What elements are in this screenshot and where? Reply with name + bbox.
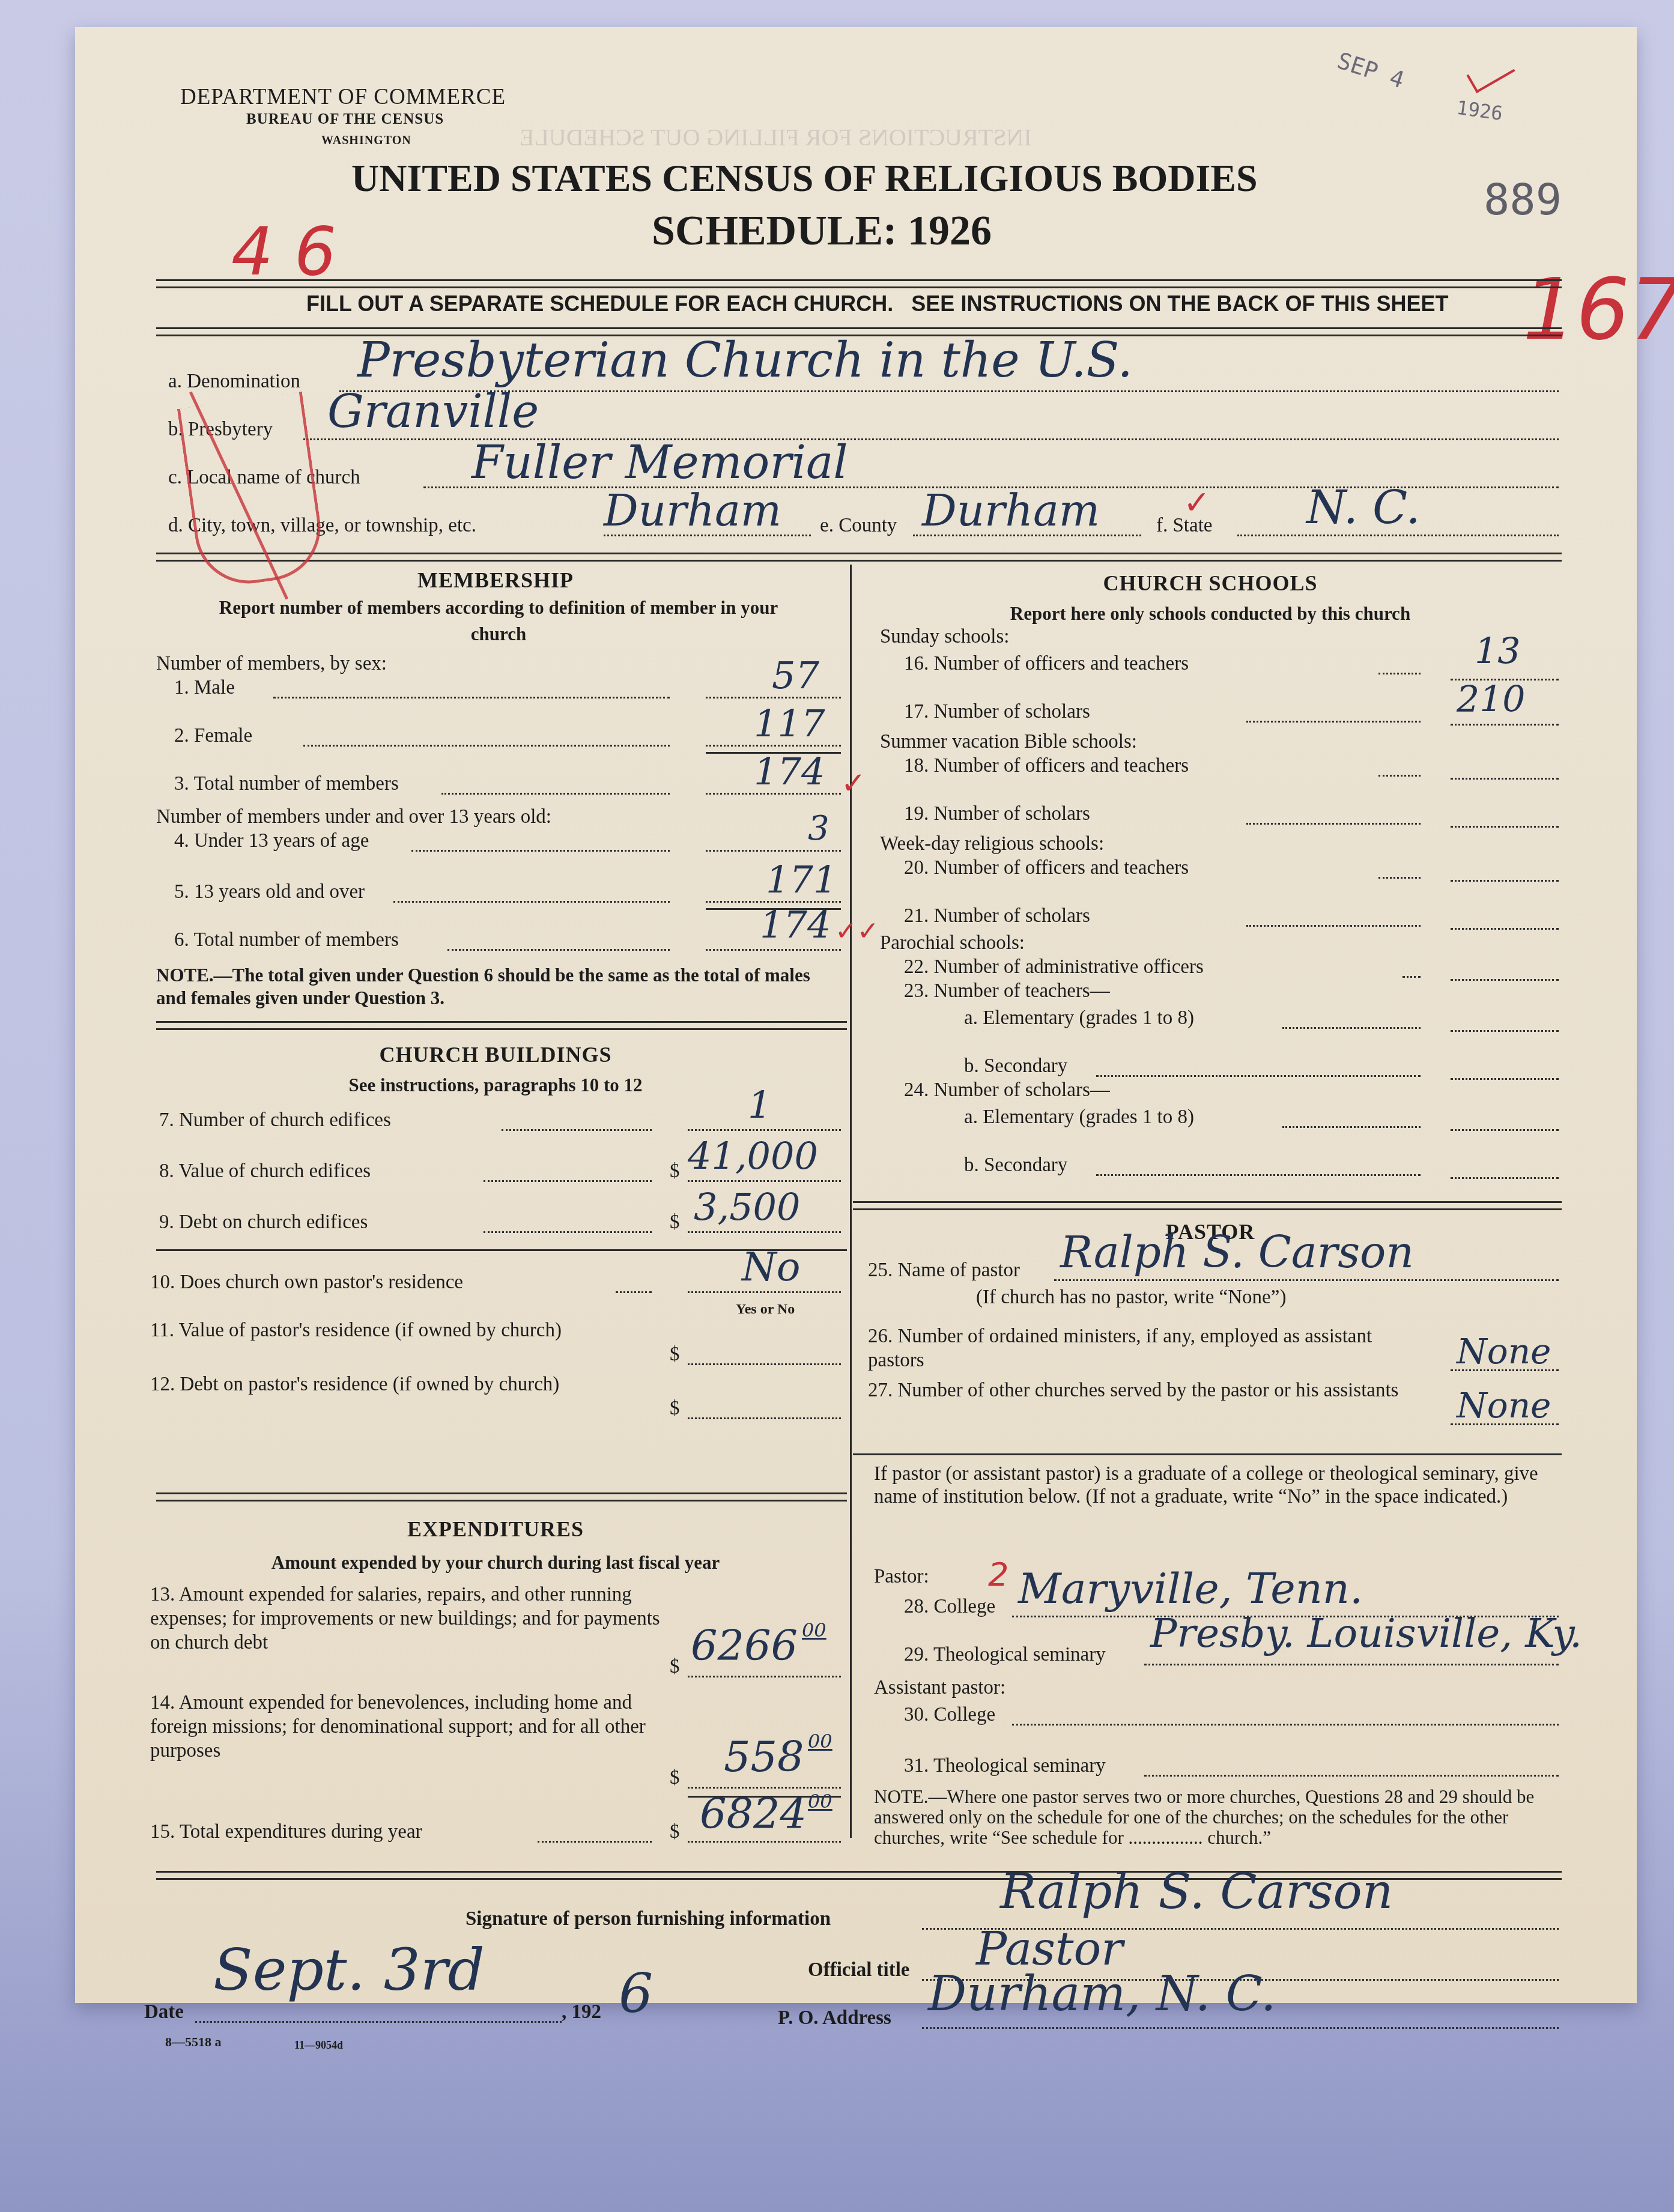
residence-debt-field[interactable] [688, 1417, 841, 1419]
column-divider [850, 565, 852, 1838]
leader-dots [273, 697, 670, 698]
residence-value-field[interactable] [688, 1363, 841, 1365]
scholars-elementary-field[interactable] [1451, 1129, 1559, 1131]
other-churches-field[interactable]: None [1457, 1384, 1551, 1426]
admin-officers-field[interactable] [1451, 979, 1559, 981]
reverse-side-ghost-text: INSTRUCTIONS FOR FILLING OUT SCHEDULE [520, 123, 1032, 151]
teachers-secondary-label: b. Secondary [964, 1054, 1067, 1078]
summer-scholars-field[interactable] [1451, 826, 1559, 828]
total-members-6-label: 6. Total number of members [174, 928, 399, 952]
red-double-check-icon: ✓✓ [835, 916, 879, 947]
leader-dots [616, 1291, 652, 1293]
owns-residence-field[interactable]: No [742, 1246, 801, 1288]
church-schools-subtitle: Report here only schools conducted by th… [856, 601, 1565, 627]
local-name-field[interactable]: Fuller Memorial [472, 441, 848, 483]
red-annotation-right: 167 [1523, 261, 1674, 359]
answer-line [688, 1129, 841, 1131]
pastor-subheading: Pastor: [874, 1565, 929, 1589]
bureau-name: BUREAU OF THE CENSUS [246, 111, 444, 128]
male-count-field[interactable]: 57 [772, 655, 819, 697]
red-check-icon: ✓ [1183, 483, 1210, 521]
answer-line [688, 1787, 841, 1789]
dollar-sign: $ [670, 1159, 680, 1183]
signature-label: Signature of person furnishing informati… [466, 1907, 831, 1931]
denomination-label: a. Denomination [168, 369, 300, 393]
dollar-sign: $ [670, 1210, 680, 1234]
graduate-instructions: If pastor (or assistant pastor) is a gra… [874, 1462, 1559, 1508]
residence-debt-label: 12. Debt on pastor's residence (if owned… [150, 1372, 661, 1396]
leader-dots [393, 901, 670, 903]
over-13-label: 5. 13 years old and over [174, 880, 365, 904]
total-members-6-field[interactable]: 174 [760, 904, 831, 946]
yes-or-no-hint: Yes or No [736, 1297, 795, 1321]
answer-line [688, 1676, 841, 1677]
assistant-pastor-subheading: Assistant pastor: [874, 1676, 1005, 1700]
pastor-name-field[interactable]: Ralph S. Carson [1060, 1231, 1414, 1273]
summer-officers-label: 18. Number of officers and teachers [904, 754, 1189, 778]
dollar-sign: $ [670, 1342, 680, 1366]
red-annotation-2: 2 [988, 1556, 1008, 1593]
signature-field[interactable]: Ralph S. Carson [1000, 1871, 1393, 1913]
leader-dots [1282, 1027, 1421, 1029]
total-members-field[interactable]: 174 [754, 751, 825, 793]
answer-line [1451, 724, 1559, 726]
leader-dots [411, 850, 670, 852]
pastor-note: NOTE.—Where one pastor serves two or mor… [874, 1787, 1559, 1848]
dollar-sign: $ [670, 1820, 680, 1844]
answer-line [688, 1231, 841, 1233]
seminary-field[interactable]: Presby. Louisville, Ky. [1150, 1613, 1582, 1655]
college-field[interactable]: Maryville, Tenn. [1018, 1568, 1363, 1610]
census-schedule-sheet: INSTRUCTIONS FOR FILLING OUT SCHEDULE DE… [75, 27, 1637, 2003]
received-stamp-date: SEP 4 [1334, 47, 1407, 93]
scholars-heading: 24. Number of scholars— [904, 1078, 1110, 1102]
assistant-pastors-label: 26. Number of ordained ministers, if any… [868, 1324, 1409, 1372]
date-line [195, 2021, 562, 2023]
form-number: 8—5518 a [165, 2030, 222, 2054]
assistant-college-label: 30. College [904, 1703, 995, 1727]
other-churches-label: 27. Number of other churches served by t… [868, 1378, 1409, 1402]
answer-line [688, 1180, 841, 1182]
college-label: 28. College [904, 1595, 995, 1619]
leader-dots [1246, 721, 1421, 723]
scholars-elementary-label: a. Elementary (grades 1 to 8) [964, 1105, 1194, 1129]
edifices-value-field[interactable]: 41,000 [688, 1135, 818, 1177]
membership-rule [156, 1021, 847, 1030]
pastor-name-line [1054, 1279, 1559, 1281]
admin-officers-label: 22. Number of administrative officers [904, 955, 1204, 979]
assistant-college-field[interactable] [1012, 1724, 1559, 1726]
leader-dots [1378, 673, 1421, 674]
total-expenditures-field[interactable]: 6824 [700, 1793, 807, 1835]
red-check-icon [1466, 53, 1515, 93]
expenditures-title: EXPENDITURES [153, 1517, 838, 1542]
summer-schools-heading: Summer vacation Bible schools: [880, 730, 1137, 754]
seminary-line [1144, 1664, 1559, 1665]
running-expenses-field[interactable]: 6266 [691, 1625, 798, 1667]
weekday-schools-heading: Week-day religious schools: [880, 832, 1104, 856]
leader-dots [1378, 877, 1421, 879]
benevolences-field[interactable]: 558 [724, 1736, 804, 1778]
church-schools-title: CHURCH SCHOOLS [856, 571, 1565, 596]
buildings-rule [156, 1492, 847, 1501]
po-address-label: P. O. Address [778, 2006, 891, 2030]
leader-dots [303, 745, 670, 747]
pastor-name-label: 25. Name of pastor [868, 1258, 1020, 1282]
owns-residence-label: 10. Does church own pastor's residence [150, 1270, 463, 1294]
answer-line [688, 1841, 841, 1843]
membership-subtitle: Report number of members according to de… [201, 595, 796, 647]
presbytery-field[interactable]: Granville [327, 390, 539, 432]
leader-dots [1246, 925, 1421, 927]
year-field[interactable]: 6 [619, 1973, 653, 2015]
leader-dots [1096, 1075, 1421, 1077]
benevolences-cents: 00 [808, 1730, 832, 1753]
dollar-sign: $ [670, 1766, 680, 1790]
answer-line [706, 850, 841, 852]
sunday-officers-field[interactable]: 13 [1475, 631, 1520, 673]
church-buildings-subtitle: See instructions, paragraphs 10 to 12 [153, 1072, 838, 1098]
teachers-secondary-field[interactable] [1451, 1078, 1559, 1080]
assistant-seminary-label: 31. Theological seminary [904, 1754, 1106, 1778]
female-label: 2. Female [174, 724, 252, 748]
over-13-field[interactable]: 171 [766, 859, 837, 901]
fill-out-instruction: FILL OUT A SEPARATE SCHEDULE FOR EACH CH… [306, 291, 1448, 317]
leader-dots [1096, 1174, 1421, 1176]
red-check-icon: ✓ [841, 766, 866, 801]
sunday-scholars-field[interactable]: 210 [1457, 679, 1526, 721]
dollar-sign: $ [670, 1655, 680, 1679]
running-expenses-cents: 00 [802, 1619, 826, 1641]
total-members-label: 3. Total number of members [174, 772, 399, 796]
members-by-sex-heading: Number of members, by sex: [156, 652, 387, 676]
assistant-seminary-field[interactable] [1144, 1775, 1559, 1777]
sunday-schools-heading: Sunday schools: [880, 625, 1009, 649]
church-buildings-title: CHURCH BUILDINGS [153, 1042, 838, 1067]
department-name: DEPARTMENT OF COMMERCE [180, 84, 506, 110]
year-prefix: , 192 [562, 2000, 601, 2024]
leader-dots [1378, 775, 1421, 777]
header-rule-top [156, 279, 1562, 288]
summer-officers-field[interactable] [1451, 778, 1559, 780]
under-13-field[interactable]: 3 [808, 808, 829, 850]
received-stamp-year: 1926 [1455, 96, 1505, 125]
edifices-count-field[interactable]: 1 [748, 1084, 771, 1126]
female-count-field[interactable]: 117 [754, 703, 825, 745]
expenditures-subtitle: Amount expended by your church during la… [153, 1550, 838, 1576]
teachers-elementary-field[interactable] [1451, 1030, 1559, 1032]
edifices-count-label: 7. Number of church edifices [159, 1108, 391, 1132]
dollar-sign: $ [670, 1396, 680, 1420]
city-field[interactable]: Durham [604, 489, 781, 532]
po-address-line [922, 2027, 1559, 2029]
state-line [1237, 535, 1559, 536]
county-field[interactable]: Durham [922, 489, 1100, 532]
official-title-label: Official title [808, 1958, 910, 1982]
form-title: UNITED STATES CENSUS OF RELIGIOUS BODIES [351, 156, 1258, 201]
scholars-secondary-label: b. Secondary [964, 1153, 1067, 1177]
pastor-name-hint: (If church has no pastor, write “None”) [976, 1285, 1286, 1309]
leader-dots [484, 1180, 652, 1182]
state-field[interactable]: N. C. [1306, 486, 1421, 529]
total-expenditures-label: 15. Total expenditures during year [150, 1820, 422, 1844]
identification-rule [156, 553, 1562, 562]
county-label: e. County [820, 514, 897, 538]
under-13-label: 4. Under 13 years of age [174, 829, 369, 853]
teachers-heading: 23. Number of teachers— [904, 979, 1110, 1003]
summer-scholars-label: 19. Number of scholars [904, 802, 1090, 826]
assistant-pastors-field[interactable]: None [1457, 1330, 1551, 1372]
scholars-secondary-field[interactable] [1451, 1177, 1559, 1179]
edifices-debt-label: 9. Debt on church edifices [159, 1210, 368, 1234]
answer-line [688, 1291, 841, 1293]
print-code: 11—9054d [294, 2033, 343, 2057]
sunday-scholars-label: 17. Number of scholars [904, 700, 1090, 724]
parochial-schools-heading: Parochial schools: [880, 931, 1025, 955]
edifices-value-label: 8. Value of church edifices [159, 1159, 371, 1183]
answer-line [706, 949, 841, 951]
pastor-rule [853, 1453, 1562, 1455]
sunday-officers-label: 16. Number of officers and teachers [904, 652, 1189, 676]
po-address-field[interactable]: Durham, N. C. [928, 1973, 1276, 2015]
total-expenditures-cents: 00 [808, 1790, 832, 1813]
leader-dots [1282, 1126, 1421, 1128]
seminary-label: 29. Theological seminary [904, 1643, 1106, 1667]
residence-value-label: 11. Value of pastor's residence (if owne… [150, 1318, 661, 1342]
running-expenses-label: 13. Amount expended for salaries, repair… [150, 1583, 661, 1655]
age-heading: Number of members under and over 13 year… [156, 805, 551, 829]
bureau-city: WASHINGTON [321, 134, 411, 148]
red-annotation-left: 4 6 [231, 213, 336, 290]
form-subtitle: SCHEDULE: 1926 [652, 207, 992, 255]
official-title-field[interactable]: Pastor [976, 1928, 1123, 1970]
serial-number: 889 [1484, 174, 1562, 225]
date-field[interactable]: Sept. 3rd [213, 1949, 485, 1991]
weekday-officers-field[interactable] [1451, 880, 1559, 882]
schools-rule [853, 1201, 1562, 1210]
denomination-field[interactable]: Presbyterian Church in the U.S. [357, 339, 1133, 381]
leader-dots [447, 949, 670, 951]
date-label: Date [144, 2000, 184, 2024]
leader-dots [441, 793, 670, 795]
weekday-scholars-label: 21. Number of scholars [904, 904, 1090, 928]
male-label: 1. Male [174, 676, 235, 700]
membership-note: NOTE.—The total given under Question 6 s… [156, 964, 841, 1010]
leader-dots [502, 1129, 652, 1131]
leader-dots [1403, 976, 1421, 978]
benevolences-label: 14. Amount expended for benevolences, in… [150, 1691, 661, 1763]
leader-dots [1246, 823, 1421, 825]
weekday-scholars-field[interactable] [1451, 928, 1559, 930]
leader-dots [538, 1841, 652, 1843]
weekday-officers-label: 20. Number of officers and teachers [904, 856, 1189, 880]
teachers-elementary-label: a. Elementary (grades 1 to 8) [964, 1006, 1194, 1030]
leader-dots [484, 1231, 652, 1233]
edifices-debt-field[interactable]: 3,500 [694, 1186, 801, 1228]
